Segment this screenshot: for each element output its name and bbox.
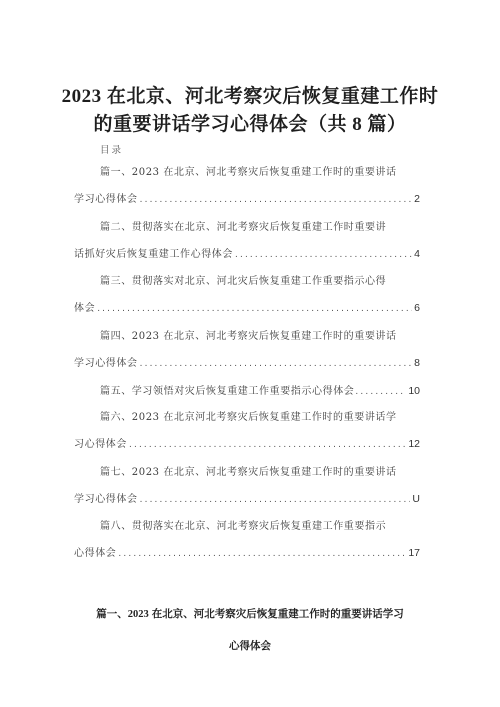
title-year: 2023 (62, 86, 102, 107)
document-title: 2023 在北京、河北考察灾后恢复重建工作时 的重要讲话学习心得体会（共 8 篇… (60, 83, 440, 139)
title-line-2: 的重要讲话学习心得体会（共 8 篇） (60, 111, 440, 139)
toc-entry-1[interactable]: 篇一、2023 在北京、河北考察灾后恢复重建工作时的重要讲话 学习心得体会 ..… (74, 166, 420, 221)
title-article-count: 8 (352, 114, 362, 135)
toc-page-number: 2 (414, 192, 420, 206)
toc-entry-title: 篇二、贯彻落实在北京、河北考察灾后恢复重建工作时重要讲 (100, 221, 386, 235)
toc-entry-continuation: 话抓好灾后恢复重建工作心得体会 ........................… (74, 247, 420, 262)
dot-leader: ........................................… (235, 248, 412, 262)
section-heading-year: 2023 (128, 609, 149, 620)
toc-entry-title: 篇四、2023 在北京、河北考察灾后恢复重建工作时的重要讲话 (100, 330, 397, 344)
toc-entry-title: 篇五、学习领悟对灾后恢复重建工作重要指示心得体会 (100, 385, 354, 399)
toc-entry-title-cont: 学习心得体会 (74, 357, 138, 371)
toc-entry-title-cont: 体会 (74, 302, 95, 316)
toc-page-number: 6 (414, 301, 420, 315)
toc-page-number: 17 (408, 546, 420, 560)
toc-entry-4[interactable]: 篇四、2023 在北京、河北考察灾后恢复重建工作时的重要讲话 学习心得体会 ..… (74, 330, 420, 385)
section-heading-line-1: 篇一、2023 在北京、河北考察灾后恢复重建工作时的重要讲话学习 (40, 607, 460, 622)
toc-label: 目录 (100, 142, 123, 156)
toc-entry-single-line: 篇五、学习领悟对灾后恢复重建工作重要指示心得体会 .......... 10 (100, 384, 420, 399)
toc-entry-title: 篇七、2023 在北京、河北考察灾后恢复重建工作时的重要讲话 (100, 466, 397, 480)
toc-entry-continuation: 学习心得体会 .................................… (74, 356, 420, 371)
title-line-1: 2023 在北京、河北考察灾后恢复重建工作时 (60, 83, 440, 111)
toc-entry-continuation: 体会 .....................................… (74, 301, 420, 316)
dot-leader: ........................................… (129, 438, 406, 452)
section-heading-line-2: 心得体会 (40, 639, 460, 653)
toc-entry-continuation: 心得体会 ...................................… (74, 546, 420, 561)
toc-entry-title-cont: 话抓好灾后恢复重建工作心得体会 (74, 248, 233, 262)
dot-leader: ........................................… (97, 302, 412, 316)
dot-leader: ........................................… (118, 547, 406, 561)
toc-entry-continuation: 习心得体会 ..................................… (74, 437, 420, 452)
dot-leader: .......... (355, 385, 407, 399)
dot-leader: ........................................… (140, 493, 411, 507)
document-page: 2023 在北京、河北考察灾后恢复重建工作时 的重要讲话学习心得体会（共 8 篇… (0, 0, 500, 707)
toc-entry-5[interactable]: 篇五、学习领悟对灾后恢复重建工作重要指示心得体会 .......... 10 (74, 384, 420, 411)
toc-page-number: 12 (408, 437, 420, 451)
toc-entry-continuation: 学习心得体会 .................................… (74, 192, 420, 207)
toc-page-number: 8 (414, 356, 420, 370)
section-heading-rest: 在北京、河北考察灾后恢复重建工作时的重要讲话学习 (149, 608, 404, 620)
toc-entry-title: 篇一、2023 在北京、河北考察灾后恢复重建工作时的重要讲话 (100, 166, 397, 180)
toc-entry-2[interactable]: 篇二、贯彻落实在北京、河北考察灾后恢复重建工作时重要讲 话抓好灾后恢复重建工作心… (74, 221, 420, 276)
toc-entry-title-cont: 心得体会 (74, 547, 116, 561)
toc-page-number: 10 (408, 384, 420, 398)
dot-leader: ........................................… (140, 357, 413, 371)
toc-entry-title-cont: 习心得体会 (74, 438, 127, 452)
toc-entry-3[interactable]: 篇三、贯彻落实对北京、河北灾后恢复重建工作重要指示心得 体会 .........… (74, 275, 420, 330)
dot-leader: ........................................… (140, 193, 413, 207)
table-of-contents: 篇一、2023 在北京、河北考察灾后恢复重建工作时的重要讲话 学习心得体会 ..… (74, 166, 420, 575)
toc-entry-6[interactable]: 篇六、2023 在北京河北考察灾后恢复重建工作时的重要讲话学 习心得体会 ...… (74, 411, 420, 466)
toc-entry-7[interactable]: 篇七、2023 在北京、河北考察灾后恢复重建工作时的重要讲话 学习心得体会 ..… (74, 466, 420, 521)
title-line-2-text-b: 篇） (362, 114, 406, 135)
title-line-1-text: 在北京、河北考察灾后恢复重建工作时 (102, 86, 439, 107)
toc-entry-continuation: 学习心得体会 .................................… (74, 492, 420, 507)
toc-entry-8[interactable]: 篇八、贯彻落实在北京、河北考察灾后恢复重建工作重要指示 心得体会 .......… (74, 520, 420, 575)
toc-entry-title: 篇六、2023 在北京河北考察灾后恢复重建工作时的重要讲话学 (100, 411, 397, 425)
section-heading: 篇一、2023 在北京、河北考察灾后恢复重建工作时的重要讲话学习 心得体会 (40, 607, 460, 653)
toc-entry-title-cont: 学习心得体会 (74, 493, 138, 507)
toc-page-number: U (412, 492, 420, 506)
section-heading-prefix: 篇一、 (96, 608, 128, 620)
title-line-2-text-a: 的重要讲话学习心得体会（共 (93, 114, 352, 135)
toc-entry-title: 篇三、贯彻落实对北京、河北灾后恢复重建工作重要指示心得 (100, 275, 386, 289)
toc-page-number: 4 (414, 247, 420, 261)
toc-entry-title-cont: 学习心得体会 (74, 193, 138, 207)
toc-entry-title: 篇八、贯彻落实在北京、河北考察灾后恢复重建工作重要指示 (100, 520, 386, 534)
